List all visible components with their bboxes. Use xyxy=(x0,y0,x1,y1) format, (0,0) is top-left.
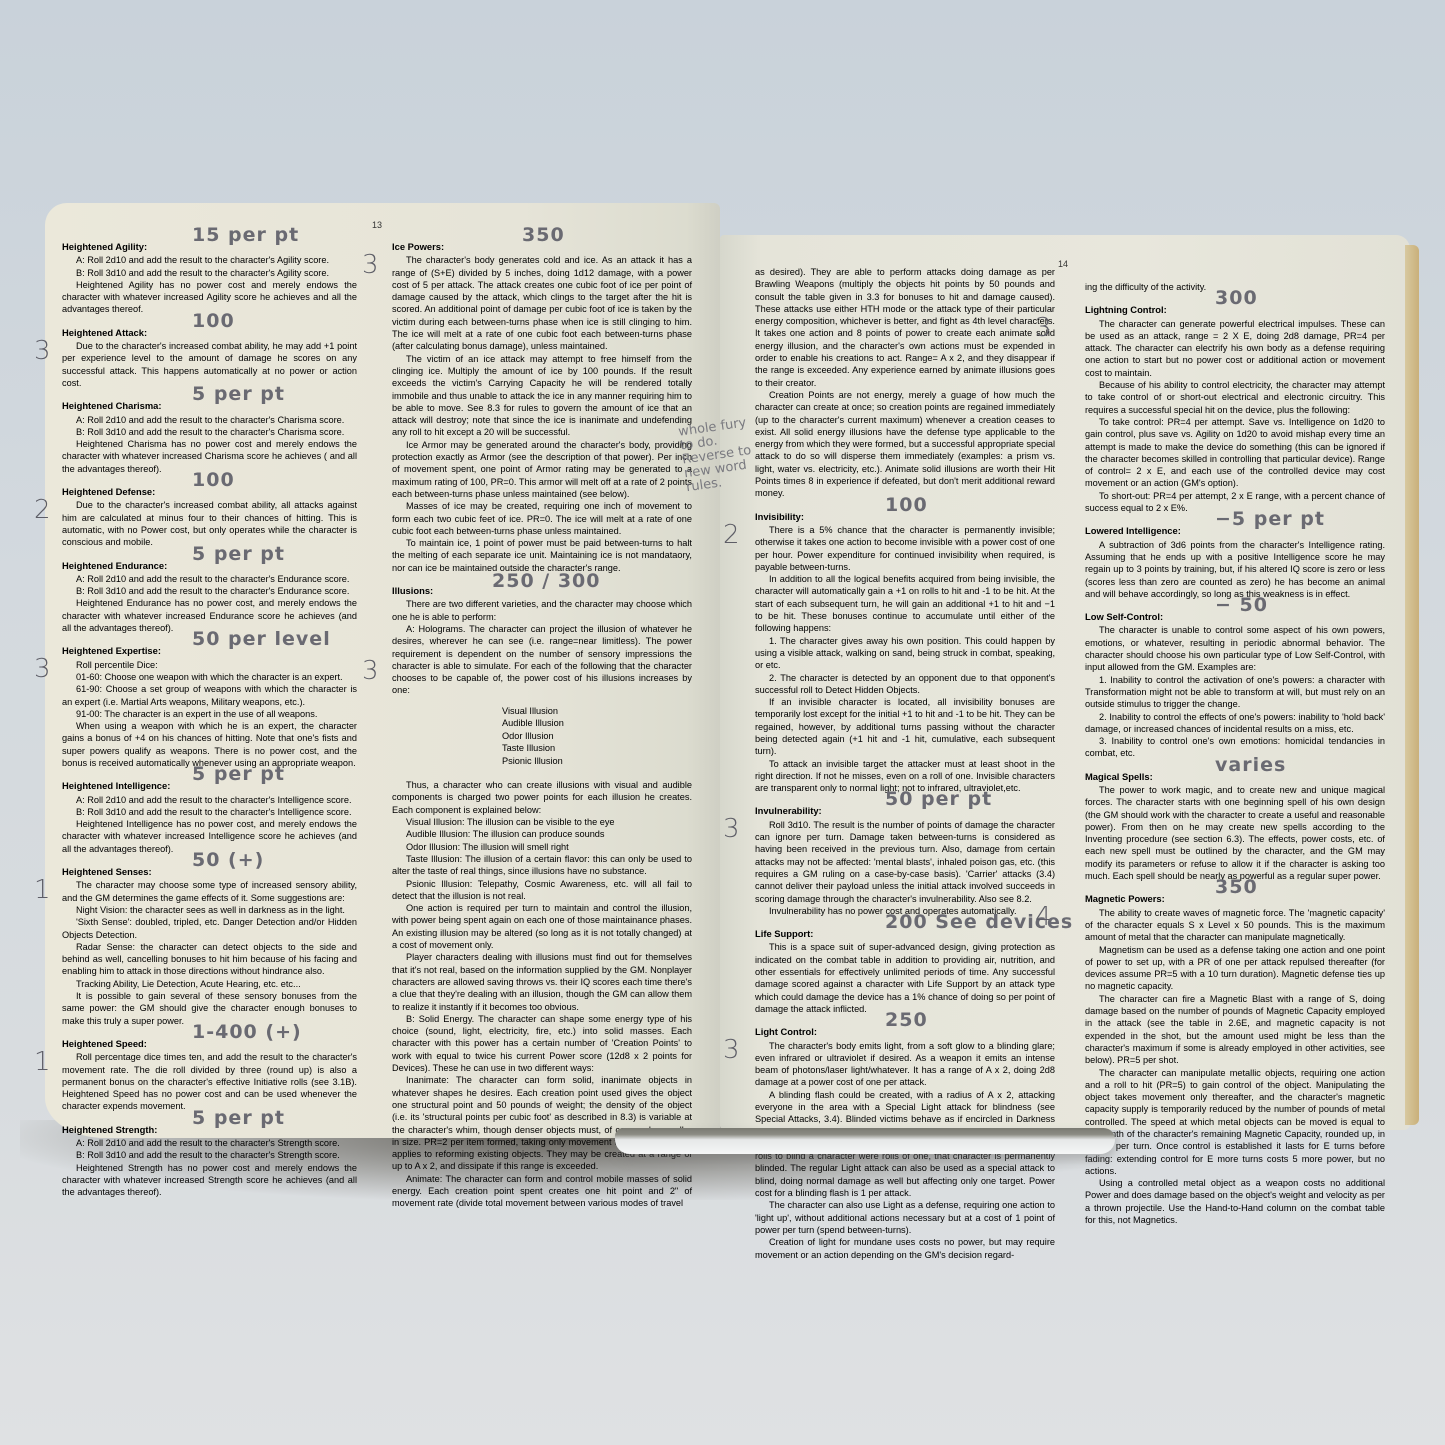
handwritten-cost-note: 5 per pt xyxy=(192,1112,285,1124)
handwritten-margin-number: 3 xyxy=(1035,322,1052,334)
paragraph: Odor Illusion: The illusion will smell r… xyxy=(392,841,692,853)
handwritten-cost-note: 50 per level xyxy=(192,633,331,645)
paragraph: Psionic Illusion: Telepathy, Cosmic Awar… xyxy=(392,878,692,903)
paragraph: A: Roll 2d10 and add the result to the c… xyxy=(62,414,357,426)
paragraph: The character may choose some type of in… xyxy=(62,879,357,904)
handwritten-cost-note: 15 per pt xyxy=(192,229,299,241)
handwritten-margin-number: 2 xyxy=(723,529,740,541)
paragraph: Creation of light for mundane uses costs… xyxy=(755,1236,1055,1261)
paragraph: as desired). They are able to perform at… xyxy=(755,266,1055,389)
section-heading: Heightened Strength:5 per pt xyxy=(62,1124,357,1136)
handwritten-margin-number: 3 xyxy=(362,259,379,271)
paragraph: A: Roll 2d10 and add the result to the c… xyxy=(62,573,357,585)
paragraph: Ice Armor may be generated around the ch… xyxy=(392,439,692,500)
paragraph: 61-90: Choose a set group of weapons wit… xyxy=(62,683,357,708)
column-1: Heightened Agility:15 per ptA: Roll 2d10… xyxy=(62,241,357,1198)
handwritten-cost-note: 350 xyxy=(522,229,565,241)
handwritten-cost-note: 350 xyxy=(1215,881,1258,893)
section-heading: Lightning Control:3003 xyxy=(1085,304,1385,316)
handwritten-margin-number: 3 xyxy=(723,823,740,835)
paragraph: 'Sixth Sense': doubled, tripled, etc. Da… xyxy=(62,916,357,941)
handwritten-cost-note: −5 per pt xyxy=(1215,513,1325,525)
paragraph: Creation Points are not energy, merely a… xyxy=(755,389,1055,500)
paragraph: Thus, a character who can create illusio… xyxy=(392,779,692,816)
page-number-right: 14 xyxy=(1058,259,1068,269)
paragraph: B: Roll 3d10 and add the result to the c… xyxy=(62,267,357,279)
handwritten-margin-number: 3 xyxy=(362,665,379,677)
handwritten-cost-note: 250 xyxy=(885,1014,928,1026)
handwritten-cost-note: varies xyxy=(1215,759,1286,771)
paragraph: Night Vision: the character sees as well… xyxy=(62,904,357,916)
column-2: Ice Powers:3503The character's body gene… xyxy=(392,241,692,1210)
paragraph: The character can fire a Magnetic Blast … xyxy=(1085,993,1385,1067)
paragraph: Using a controlled metal object as a wea… xyxy=(1085,1177,1385,1226)
column-3: as desired). They are able to perform at… xyxy=(755,266,1055,1261)
paragraph: The ability to create waves of magnetic … xyxy=(1085,907,1385,944)
section-heading: Light Control:2503 xyxy=(755,1026,1055,1038)
paragraph: To take control: PR=4 per attempt. Save … xyxy=(1085,416,1385,490)
paragraph: 1. The character gives away his own posi… xyxy=(755,635,1055,672)
paragraph: The character can also use Light as a de… xyxy=(755,1199,1055,1236)
section-heading: Heightened Speed:1-400 (+)1 xyxy=(62,1038,357,1050)
page-number-left: 13 xyxy=(372,220,382,230)
paragraph: B: Solid Energy. The character can shape… xyxy=(392,1013,692,1074)
section-heading: Lowered Intelligence:−5 per pt xyxy=(1085,525,1385,537)
handwritten-margin-number: 3 xyxy=(34,663,51,675)
paragraph: 2. The character is detected by an oppon… xyxy=(755,672,1055,697)
paragraph: The power to work magic, and to create n… xyxy=(1085,784,1385,882)
handwritten-cost-note: 250 / 300 xyxy=(492,575,601,587)
handwritten-margin-number: 2 xyxy=(34,504,51,516)
paragraph: The victim of an ice attack may attempt … xyxy=(392,353,692,439)
paragraph: Audible Illusion: The illusion can produ… xyxy=(392,828,692,840)
paragraph: The character is unable to control some … xyxy=(1085,624,1385,673)
paragraph: 1. Inability to control the activation o… xyxy=(1085,674,1385,711)
paragraph: A subtraction of 3d6 points from the cha… xyxy=(1085,539,1385,600)
section-heading: Heightened Endurance:5 per pt xyxy=(62,560,357,572)
section-heading: Illusions:250 / 3003 xyxy=(392,585,692,597)
section-heading: Low Self-Control:− 50 xyxy=(1085,611,1385,623)
handwritten-cost-note: 5 per pt xyxy=(192,548,285,560)
paragraph: This is a space suit of super-advanced d… xyxy=(755,941,1055,1015)
paragraph: Heightened Strength has no power cost an… xyxy=(62,1162,357,1199)
section-heading: Ice Powers:3503 xyxy=(392,241,692,253)
paragraph: Tracking Ability, Lie Detection, Acute H… xyxy=(62,978,357,990)
paragraph: The character can generate powerful elec… xyxy=(1085,318,1385,379)
paragraph: Due to the character's increased combat … xyxy=(62,499,357,548)
handwritten-cost-note: 100 xyxy=(885,499,928,511)
illusion-types-list: Visual IllusionAudible IllusionOdor Illu… xyxy=(392,705,692,768)
list-item: Taste Illusion xyxy=(502,742,692,755)
section-heading: Life Support:200 See devices xyxy=(755,928,1055,940)
section-heading: Heightened Intelligence:5 per pt xyxy=(62,780,357,792)
paragraph: 2. Inability to control the effects of o… xyxy=(1085,711,1385,736)
paragraph: A: Roll 2d10 and add the result to the c… xyxy=(62,794,357,806)
paragraph: Roll percentage dice times ten, and add … xyxy=(62,1051,357,1112)
handwritten-cost-note: − 50 xyxy=(1215,599,1268,611)
paragraph: A: Roll 2d10 and add the result to the c… xyxy=(62,254,357,266)
paragraph: Roll percentile Dice: xyxy=(62,659,357,671)
paragraph: When using a weapon with which he is an … xyxy=(62,720,357,769)
paragraph: The character's body generates cold and … xyxy=(392,254,692,352)
paragraph: There are two different varieties, and t… xyxy=(392,598,692,623)
acrylic-book-stand xyxy=(615,1128,1115,1154)
handwritten-margin-number: 1 xyxy=(34,1056,51,1068)
section-heading: Magnetic Powers:3504 xyxy=(1085,893,1385,905)
handwritten-cost-note: 50 per pt xyxy=(885,793,992,805)
paragraph: Roll 3d10. The result is the number of p… xyxy=(755,819,1055,905)
paragraph: B: Roll 3d10 and add the result to the c… xyxy=(62,426,357,438)
handwritten-cost-note: 100 xyxy=(192,315,235,327)
section-heading: Heightened Charisma:5 per pt xyxy=(62,400,357,412)
paragraph: Due to the character's increased combat … xyxy=(62,340,357,389)
paragraph: 01-60: Choose one weapon with which the … xyxy=(62,671,357,683)
handwritten-cost-note: 300 xyxy=(1215,292,1258,304)
list-item: Psionic Illusion xyxy=(502,755,692,768)
paragraph: B: Roll 3d10 and add the result to the c… xyxy=(62,1149,357,1161)
paragraph: There is a 5% chance that the character … xyxy=(755,524,1055,573)
paragraph: To maintain ice, 1 point of power must b… xyxy=(392,537,692,574)
handwritten-margin-number: 3 xyxy=(723,1044,740,1056)
paragraph: Masses of ice may be created, requiring … xyxy=(392,500,692,537)
paragraph: Visual Illusion: The illusion can be vis… xyxy=(392,816,692,828)
handwritten-cost-note: 50 (+) xyxy=(192,854,264,866)
section-heading: Heightened Senses:50 (+)1 xyxy=(62,866,357,878)
paragraph: Radar Sense: the character can detect ob… xyxy=(62,941,357,978)
paragraph: B: Roll 3d10 and add the result to the c… xyxy=(62,585,357,597)
paragraph: B: Roll 3d10 and add the result to the c… xyxy=(62,806,357,818)
handwritten-margin-number: 1 xyxy=(34,884,51,896)
paragraph: One action is required per turn to maint… xyxy=(392,902,692,951)
section-heading: Heightened Defense:1002 xyxy=(62,486,357,498)
paragraph: Taste Illusion: The illusion of a certai… xyxy=(392,853,692,878)
section-heading: Heightened Agility:15 per pt xyxy=(62,241,357,253)
handwritten-side-note: whole fury to do. Reverse to new word ru… xyxy=(678,415,767,495)
paragraph: If an invisible character is located, al… xyxy=(755,696,1055,757)
section-heading: Invulnerability:50 per pt3 xyxy=(755,805,1055,817)
paragraph: Inanimate: The character can form solid,… xyxy=(392,1074,692,1172)
paragraph: Animate: The character can form and cont… xyxy=(392,1173,692,1210)
handwritten-cost-note: 5 per pt xyxy=(192,768,285,780)
paragraph: The character can manipulate metallic ob… xyxy=(1085,1067,1385,1178)
list-item: Audible Illusion xyxy=(502,717,692,730)
handwritten-margin-number: 3 xyxy=(34,345,51,357)
section-heading: Heightened Expertise:50 per level3 xyxy=(62,645,357,657)
paragraph: Player characters dealing with illusions… xyxy=(392,951,692,1012)
paragraph: A: Holograms. The character can project … xyxy=(392,623,692,697)
paragraph: A: Roll 2d10 and add the result to the c… xyxy=(62,1137,357,1149)
section-heading: Heightened Attack:1003 xyxy=(62,327,357,339)
handwritten-margin-number: 4 xyxy=(1035,911,1052,923)
section-heading: Invisibility:1002 xyxy=(755,511,1055,523)
section-heading: Magical Spells:varies xyxy=(1085,771,1385,783)
page-edges xyxy=(1405,245,1419,1125)
handwritten-cost-note: 100 xyxy=(192,474,235,486)
paragraph: In addition to all the logical benefits … xyxy=(755,573,1055,634)
paragraph: The character's body emits light, from a… xyxy=(755,1040,1055,1089)
list-item: Odor Illusion xyxy=(502,730,692,743)
paragraph: Magnetism can be used as a defense takin… xyxy=(1085,944,1385,993)
paragraph: 91-00: The character is an expert in the… xyxy=(62,708,357,720)
list-item: Visual Illusion xyxy=(502,705,692,718)
paragraph: Because of his ability to control electr… xyxy=(1085,379,1385,416)
column-4: ing the difficulty of the activity.Light… xyxy=(1085,281,1385,1226)
handwritten-cost-note: 1-400 (+) xyxy=(192,1026,302,1038)
handwritten-cost-note: 5 per pt xyxy=(192,388,285,400)
